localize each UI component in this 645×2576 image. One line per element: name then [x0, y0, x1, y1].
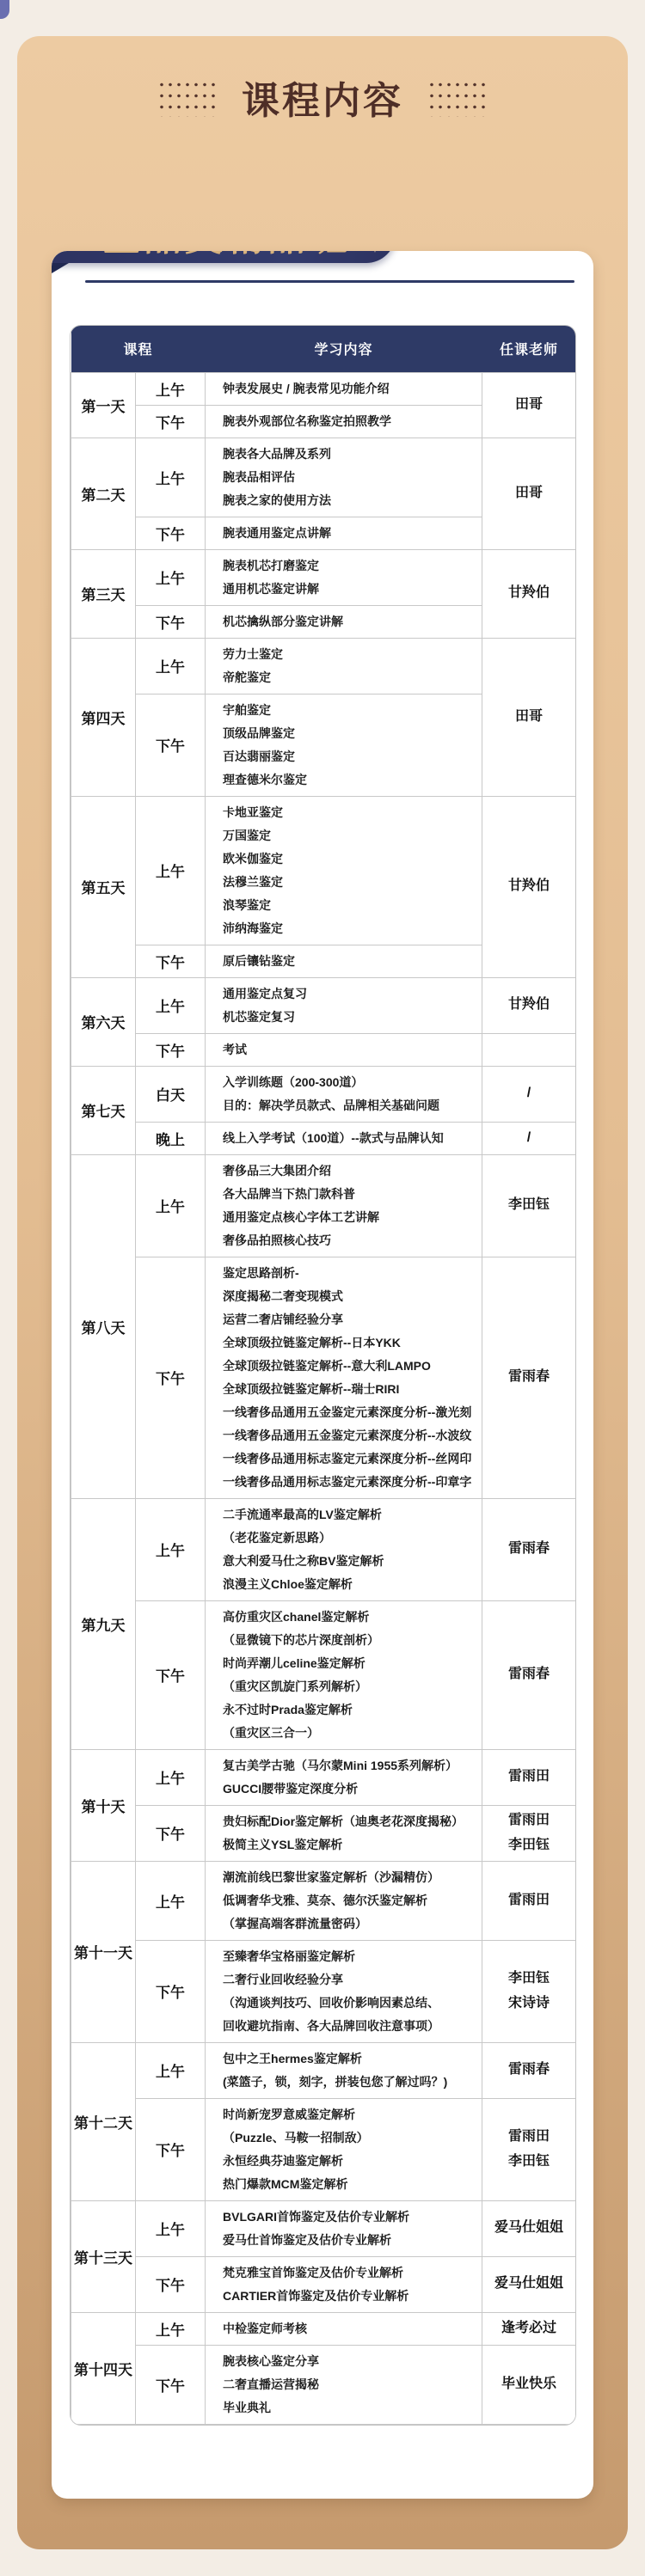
content-item: 中检鉴定师考核	[223, 2317, 482, 2340]
content-item: 通用鉴定点复习	[223, 982, 482, 1006]
session-time-cell: 下午	[136, 2098, 206, 2200]
teacher-name: 雷雨春	[482, 1365, 575, 1390]
teacher-cell: 雷雨田李田钰	[482, 2098, 575, 2200]
content-item: 各大品牌当下热门款科普	[223, 1183, 482, 1206]
session-content-cell: 机芯擒纵部分鉴定讲解	[206, 605, 482, 638]
teacher-cell: 田哥	[482, 372, 575, 437]
content-item: 一线奢侈品通用标志鉴定元素深度分析--丝网印	[223, 1447, 482, 1471]
teacher-cell: 李田钰	[482, 1154, 575, 1257]
session-content-cell: 复古美学古驰（马尔蒙Mini 1955系列解析）GUCCI腰带鉴定深度分析	[206, 1749, 482, 1805]
session-time-cell: 上午	[136, 1154, 206, 1257]
content-item: BVLGARI首饰鉴定及估价专业解析	[223, 2206, 482, 2229]
content-item: （Puzzle、马鞍一招制敌）	[223, 2126, 482, 2150]
schedule-row: 下午考试	[71, 1033, 576, 1066]
content-item: 热门爆款MCM鉴定解析	[223, 2173, 482, 2196]
content-item: 腕表通用鉴定点讲解	[223, 522, 482, 545]
content-item: 全球顶级拉链鉴定解析--瑞士RIRI	[223, 1378, 482, 1401]
content-item: 潮流前线巴黎世家鉴定解析（沙漏精仿）	[223, 1866, 482, 1889]
session-content-cell: 钟表发展史 / 腕表常见功能介绍	[206, 372, 482, 405]
session-time-cell: 下午	[136, 1033, 206, 1066]
day-cell: 第九天	[71, 1498, 136, 1749]
teacher-cell: 甘羚伯	[482, 549, 575, 638]
schedule-table: 课程 学习内容 任课老师 第一天上午钟表发展史 / 腕表常见功能介绍田哥下午腕表…	[71, 326, 575, 2425]
day-cell: 第十四天	[71, 2312, 136, 2424]
session-time-cell: 下午	[136, 2256, 206, 2312]
class-banner: 全品类精品班	[52, 251, 396, 263]
teacher-cell: 毕业快乐	[482, 2345, 575, 2424]
class-banner-label: 全品类精品班	[80, 251, 350, 261]
day-cell: 第十一天	[71, 1861, 136, 2042]
teacher-cell: 爱马仕姐姐	[482, 2200, 575, 2256]
session-time-cell: 上午	[136, 372, 206, 405]
content-item: 腕表之家的使用方法	[223, 489, 482, 512]
content-item: 腕表品相评估	[223, 466, 482, 489]
teacher-cell: 甘羚伯	[482, 796, 575, 977]
schedule-row: 第七天白天入学训练题（200-300道）目的：解决学员款式、品牌相关基础问题/	[71, 1066, 576, 1122]
schedule-row: 第十一天上午潮流前线巴黎世家鉴定解析（沙漏精仿）低调奢华戈雅、莫奈、德尔沃鉴定解…	[71, 1861, 576, 1940]
content-item: （重灾区三合一）	[223, 1722, 482, 1745]
session-content-cell: 通用鉴定点复习机芯鉴定复习	[206, 977, 482, 1033]
schedule-row: 第六天上午通用鉴定点复习机芯鉴定复习甘羚伯	[71, 977, 576, 1033]
session-time-cell: 上午	[136, 2312, 206, 2345]
content-item: 原后镶钻鉴定	[223, 950, 482, 973]
session-time-cell: 下午	[136, 605, 206, 638]
content-item: 入学训练题（200-300道）	[223, 1071, 482, 1094]
session-content-cell: 原后镶钻鉴定	[206, 945, 482, 977]
schedule-card: 全品类精品班 课程 学习内容 任课老师 第一天上午钟表发展史 / 腕表常见功能介…	[52, 251, 593, 2499]
content-item: 腕表外观部位名称鉴定拍照教学	[223, 410, 482, 433]
teacher-cell: /	[482, 1066, 575, 1122]
content-item: 极简主义YSL鉴定解析	[223, 1833, 482, 1857]
session-content-cell: 入学训练题（200-300道）目的：解决学员款式、品牌相关基础问题	[206, 1066, 482, 1122]
schedule-row: 下午贵妇标配Dior鉴定解析（迪奥老花深度揭秘）极简主义YSL鉴定解析雷雨田李田…	[71, 1805, 576, 1861]
schedule-row: 第五天上午卡地亚鉴定万国鉴定欧米伽鉴定法穆兰鉴定浪琴鉴定沛纳海鉴定甘羚伯	[71, 796, 576, 945]
content-item: 爱马仕首饰鉴定及估价专业解析	[223, 2229, 482, 2252]
day-cell: 第一天	[71, 372, 136, 437]
session-time-cell: 下午	[136, 945, 206, 977]
content-item: 目的：解决学员款式、品牌相关基础问题	[223, 1094, 482, 1117]
schedule-row: 下午时尚新宠罗意威鉴定解析（Puzzle、马鞍一招制敌）永恒经典芬迪鉴定解析热门…	[71, 2098, 576, 2200]
content-item: 时尚新宠罗意威鉴定解析	[223, 2103, 482, 2126]
content-item: 运营二奢店铺经验分享	[223, 1308, 482, 1331]
session-time-cell: 上午	[136, 638, 206, 694]
session-time-cell: 晚上	[136, 1122, 206, 1154]
teacher-cell: 雷雨春	[482, 1498, 575, 1600]
day-cell: 第十三天	[71, 2200, 136, 2312]
session-time-cell: 白天	[136, 1066, 206, 1122]
content-item: 鉴定思路剖析-	[223, 1262, 482, 1285]
content-item: 奢侈品三大集团介绍	[223, 1160, 482, 1183]
session-content-cell: 二手流通率最高的LV鉴定解析（老花鉴定新思路）意大利爱马仕之称BV鉴定解析浪漫主…	[206, 1498, 482, 1600]
column-header-content: 学习内容	[206, 326, 482, 372]
content-item: 奢侈品拍照核心技巧	[223, 1229, 482, 1252]
teacher-name: /	[482, 1081, 575, 1106]
content-item: 贵妇标配Dior鉴定解析（迪奥老花深度揭秘）	[223, 1810, 482, 1833]
course-content-poster: 课程内容 全品类精品班 课程	[0, 0, 645, 2576]
teacher-cell: 雷雨春	[482, 1257, 575, 1498]
session-content-cell: 线上入学考试（100道）--款式与品牌认知	[206, 1122, 482, 1154]
teacher-cell: 李田钰宋诗诗	[482, 1940, 575, 2042]
session-content-cell: 考试	[206, 1033, 482, 1066]
teacher-cell: 雷雨田	[482, 1749, 575, 1805]
content-item: 线上入学考试（100道）--款式与品牌认知	[223, 1127, 482, 1150]
teacher-name: 雷雨田	[482, 1765, 575, 1790]
teacher-name: 雷雨田	[482, 1808, 575, 1833]
teacher-name: 宋诗诗	[482, 1992, 575, 2016]
schedule-row: 下午鉴定思路剖析-深度揭秘二奢变现模式运营二奢店铺经验分享全球顶级拉链鉴定解析-…	[71, 1257, 576, 1498]
dot-pattern-right	[426, 77, 489, 117]
session-time-cell: 上午	[136, 1498, 206, 1600]
content-item: 顶级品牌鉴定	[223, 722, 482, 745]
content-item: 百达翡丽鉴定	[223, 745, 482, 768]
content-item: 一线奢侈品通用五金鉴定元素深度分析--水波纹	[223, 1424, 482, 1447]
content-item: 二奢直播运营揭秘	[223, 2373, 482, 2396]
content-item: 欧米伽鉴定	[223, 847, 482, 871]
session-content-cell: 腕表核心鉴定分享二奢直播运营揭秘毕业典礼	[206, 2345, 482, 2424]
teacher-cell: 田哥	[482, 638, 575, 796]
session-content-cell: 高仿重灾区chanel鉴定解析（显微镜下的芯片深度剖析）时尚弄潮儿celine鉴…	[206, 1600, 482, 1749]
teacher-name: 雷雨春	[482, 2058, 575, 2083]
teacher-name: 雷雨田	[482, 1888, 575, 1913]
content-item: 回收避坑指南、各大品牌回收注意事项）	[223, 2015, 482, 2038]
schedule-row: 第十二天上午包中之王hermes鉴定解析(菜篮子，锁，刻字，拼装包您了解过吗？)…	[71, 2042, 576, 2098]
column-header-course: 课程	[71, 326, 206, 372]
session-time-cell: 上午	[136, 796, 206, 945]
content-item: 高仿重灾区chanel鉴定解析	[223, 1606, 482, 1629]
day-cell: 第十天	[71, 1749, 136, 1861]
content-item: （重灾区凯旋门系列解析）	[223, 1675, 482, 1698]
session-time-cell: 下午	[136, 1940, 206, 2042]
content-item: 包中之王hermes鉴定解析	[223, 2047, 482, 2071]
teacher-name: /	[482, 1126, 575, 1151]
content-item: 宇舶鉴定	[223, 699, 482, 722]
session-time-cell: 上午	[136, 1861, 206, 1940]
content-item: 深度揭秘二奢变现模式	[223, 1285, 482, 1308]
schedule-row: 下午至臻奢华宝格丽鉴定解析二奢行业回收经验分享（沟通谈判技巧、回收价影响因素总结…	[71, 1940, 576, 2042]
session-content-cell: 腕表机芯打磨鉴定通用机芯鉴定讲解	[206, 549, 482, 605]
content-item: 卡地亚鉴定	[223, 801, 482, 824]
schedule-row: 下午梵克雅宝首饰鉴定及估价专业解析CARTIER首饰鉴定及估价专业解析爱马仕姐姐	[71, 2256, 576, 2312]
content-item: 沛纳海鉴定	[223, 917, 482, 940]
teacher-name: 逢考必过	[482, 2316, 575, 2341]
session-content-cell: 包中之王hermes鉴定解析(菜篮子，锁，刻字，拼装包您了解过吗？)	[206, 2042, 482, 2098]
day-cell: 第五天	[71, 796, 136, 977]
day-cell: 第三天	[71, 549, 136, 638]
content-item: CARTIER首饰鉴定及估价专业解析	[223, 2285, 482, 2308]
schedule-row: 第十四天上午中检鉴定师考核逢考必过	[71, 2312, 576, 2345]
session-time-cell: 下午	[136, 405, 206, 437]
content-item: 法穆兰鉴定	[223, 871, 482, 894]
content-item: 腕表机芯打磨鉴定	[223, 554, 482, 578]
teacher-cell: 雷雨田	[482, 1861, 575, 1940]
teacher-name: 爱马仕姐姐	[482, 2272, 575, 2297]
schedule-row: 第九天上午二手流通率最高的LV鉴定解析（老花鉴定新思路）意大利爱马仕之称BV鉴定…	[71, 1498, 576, 1600]
page-title-row: 课程内容	[0, 67, 645, 127]
session-time-cell: 下午	[136, 1805, 206, 1861]
ribbon-fold	[52, 263, 69, 284]
content-item: (菜篮子，锁，刻字，拼装包您了解过吗？)	[223, 2071, 482, 2094]
session-content-cell: 至臻奢华宝格丽鉴定解析二奢行业回收经验分享（沟通谈判技巧、回收价影响因素总结、回…	[206, 1940, 482, 2042]
schedule-row: 晚上线上入学考试（100道）--款式与品牌认知/	[71, 1122, 576, 1154]
session-time-cell: 下午	[136, 517, 206, 549]
content-item: 万国鉴定	[223, 824, 482, 847]
teacher-cell: 雷雨田李田钰	[482, 1805, 575, 1861]
teacher-name: 李田钰	[482, 1193, 575, 1218]
session-time-cell: 下午	[136, 694, 206, 796]
content-item: 永恒经典芬迪鉴定解析	[223, 2150, 482, 2173]
divider-line	[85, 280, 574, 283]
content-item: 二手流通率最高的LV鉴定解析	[223, 1503, 482, 1527]
session-content-cell: 梵克雅宝首饰鉴定及估价专业解析CARTIER首饰鉴定及估价专业解析	[206, 2256, 482, 2312]
schedule-row: 第二天上午腕表各大品牌及系列腕表品相评估腕表之家的使用方法田哥	[71, 437, 576, 517]
schedule-row: 下午高仿重灾区chanel鉴定解析（显微镜下的芯片深度剖析）时尚弄潮儿celin…	[71, 1600, 576, 1749]
teacher-name: 毕业快乐	[482, 2372, 575, 2397]
schedule-table-wrap: 课程 学习内容 任课老师 第一天上午钟表发展史 / 腕表常见功能介绍田哥下午腕表…	[71, 326, 575, 2425]
content-item: 复古美学古驰（马尔蒙Mini 1955系列解析）	[223, 1754, 482, 1778]
session-content-cell: 腕表通用鉴定点讲解	[206, 517, 482, 549]
day-cell: 第二天	[71, 437, 136, 549]
content-item: 二奢行业回收经验分享	[223, 1968, 482, 1992]
day-cell: 第七天	[71, 1066, 136, 1154]
content-item: 毕业典礼	[223, 2396, 482, 2420]
corner-decoration	[0, 0, 9, 19]
teacher-cell: 甘羚伯	[482, 977, 575, 1033]
content-item: 考试	[223, 1038, 482, 1062]
dot-pattern-left	[156, 77, 219, 117]
teacher-name: 爱马仕姐姐	[482, 2216, 575, 2241]
sparkle-star-right-icon	[368, 251, 382, 253]
session-content-cell: 腕表各大品牌及系列腕表品相评估腕表之家的使用方法	[206, 437, 482, 517]
session-content-cell: 鉴定思路剖析-深度揭秘二奢变现模式运营二奢店铺经验分享全球顶级拉链鉴定解析--日…	[206, 1257, 482, 1498]
session-content-cell: 卡地亚鉴定万国鉴定欧米伽鉴定法穆兰鉴定浪琴鉴定沛纳海鉴定	[206, 796, 482, 945]
content-item: 通用鉴定点核心字体工艺讲解	[223, 1206, 482, 1229]
teacher-cell: 逢考必过	[482, 2312, 575, 2345]
content-item: 通用机芯鉴定讲解	[223, 578, 482, 601]
day-cell: 第十二天	[71, 2042, 136, 2200]
teacher-name: 李田钰	[482, 2150, 575, 2175]
session-time-cell: 下午	[136, 2345, 206, 2424]
content-item: 机芯擒纵部分鉴定讲解	[223, 610, 482, 633]
content-item: 机芯鉴定复习	[223, 1006, 482, 1029]
schedule-row: 第十三天上午BVLGARI首饰鉴定及估价专业解析爱马仕首饰鉴定及估价专业解析爱马…	[71, 2200, 576, 2256]
session-content-cell: 劳力士鉴定帝舵鉴定	[206, 638, 482, 694]
content-item: 理查德米尔鉴定	[223, 768, 482, 792]
schedule-row: 第四天上午劳力士鉴定帝舵鉴定田哥	[71, 638, 576, 694]
teacher-cell: /	[482, 1122, 575, 1154]
content-item: 至臻奢华宝格丽鉴定解析	[223, 1945, 482, 1968]
teacher-name: 甘羚伯	[482, 993, 575, 1018]
teacher-name: 雷雨田	[482, 2125, 575, 2150]
table-header-row: 课程 学习内容 任课老师	[71, 326, 576, 372]
content-item: 永不过时Prada鉴定解析	[223, 1698, 482, 1722]
session-time-cell: 上午	[136, 1749, 206, 1805]
teacher-name: 李田钰	[482, 1967, 575, 1992]
content-item: （老花鉴定新思路）	[223, 1527, 482, 1550]
content-item: （掌握高端客群流量密码）	[223, 1912, 482, 1936]
session-time-cell: 上午	[136, 437, 206, 517]
teacher-name: 李田钰	[482, 1833, 575, 1858]
page-title: 课程内容	[242, 70, 403, 125]
content-item: 腕表各大品牌及系列	[223, 443, 482, 466]
teacher-name: 雷雨春	[482, 1537, 575, 1562]
teacher-name: 雷雨春	[482, 1662, 575, 1687]
content-item: 梵克雅宝首饰鉴定及估价专业解析	[223, 2261, 482, 2285]
teacher-cell: 雷雨春	[482, 1600, 575, 1749]
content-item: 浪琴鉴定	[223, 894, 482, 917]
session-time-cell: 上午	[136, 2042, 206, 2098]
teacher-cell: 爱马仕姐姐	[482, 2256, 575, 2312]
session-content-cell: 中检鉴定师考核	[206, 2312, 482, 2345]
content-item: 低调奢华戈雅、莫奈、德尔沃鉴定解析	[223, 1889, 482, 1912]
content-item: 一线奢侈品通用五金鉴定元素深度分析--激光刻	[223, 1401, 482, 1424]
content-item: 全球顶级拉链鉴定解析--日本YKK	[223, 1331, 482, 1355]
session-content-cell: 奢侈品三大集团介绍各大品牌当下热门款科普通用鉴定点核心字体工艺讲解奢侈品拍照核心…	[206, 1154, 482, 1257]
session-content-cell: 腕表外观部位名称鉴定拍照教学	[206, 405, 482, 437]
session-content-cell: 时尚新宠罗意威鉴定解析（Puzzle、马鞍一招制敌）永恒经典芬迪鉴定解析热门爆款…	[206, 2098, 482, 2200]
content-item: 浪漫主义Chloe鉴定解析	[223, 1573, 482, 1596]
session-time-cell: 下午	[136, 1600, 206, 1749]
content-item: （显微镜下的芯片深度剖析）	[223, 1629, 482, 1652]
content-item: 钟表发展史 / 腕表常见功能介绍	[223, 377, 482, 401]
day-cell: 第四天	[71, 638, 136, 796]
schedule-row: 第十天上午复古美学古驰（马尔蒙Mini 1955系列解析）GUCCI腰带鉴定深度…	[71, 1749, 576, 1805]
column-header-teacher: 任课老师	[482, 326, 575, 372]
session-time-cell: 上午	[136, 977, 206, 1033]
content-item: 时尚弄潮儿celine鉴定解析	[223, 1652, 482, 1675]
content-item: GUCCI腰带鉴定深度分析	[223, 1778, 482, 1801]
session-content-cell: 宇舶鉴定顶级品牌鉴定百达翡丽鉴定理查德米尔鉴定	[206, 694, 482, 796]
session-content-cell: 潮流前线巴黎世家鉴定解析（沙漏精仿）低调奢华戈雅、莫奈、德尔沃鉴定解析（掌握高端…	[206, 1861, 482, 1940]
teacher-cell: 田哥	[482, 437, 575, 549]
content-item: 全球顶级拉链鉴定解析--意大利LAMPO	[223, 1355, 482, 1378]
teacher-cell: 雷雨春	[482, 2042, 575, 2098]
teacher-cell	[482, 1033, 575, 1066]
session-time-cell: 上午	[136, 2200, 206, 2256]
day-cell: 第六天	[71, 977, 136, 1066]
session-content-cell: BVLGARI首饰鉴定及估价专业解析爱马仕首饰鉴定及估价专业解析	[206, 2200, 482, 2256]
schedule-row: 第八天上午奢侈品三大集团介绍各大品牌当下热门款科普通用鉴定点核心字体工艺讲解奢侈…	[71, 1154, 576, 1257]
session-time-cell: 上午	[136, 549, 206, 605]
session-content-cell: 贵妇标配Dior鉴定解析（迪奥老花深度揭秘）极简主义YSL鉴定解析	[206, 1805, 482, 1861]
schedule-row: 第一天上午钟表发展史 / 腕表常见功能介绍田哥	[71, 372, 576, 405]
content-item: 帝舵鉴定	[223, 666, 482, 689]
schedule-row: 下午腕表核心鉴定分享二奢直播运营揭秘毕业典礼毕业快乐	[71, 2345, 576, 2424]
content-item: （沟通谈判技巧、回收价影响因素总结、	[223, 1992, 482, 2015]
session-time-cell: 下午	[136, 1257, 206, 1498]
day-cell: 第八天	[71, 1154, 136, 1498]
content-item: 劳力士鉴定	[223, 643, 482, 666]
content-item: 意大利爱马仕之称BV鉴定解析	[223, 1550, 482, 1573]
content-item: 一线奢侈品通用标志鉴定元素深度分析--印章字	[223, 1471, 482, 1494]
content-item: 腕表核心鉴定分享	[223, 2350, 482, 2373]
schedule-row: 第三天上午腕表机芯打磨鉴定通用机芯鉴定讲解甘羚伯	[71, 549, 576, 605]
